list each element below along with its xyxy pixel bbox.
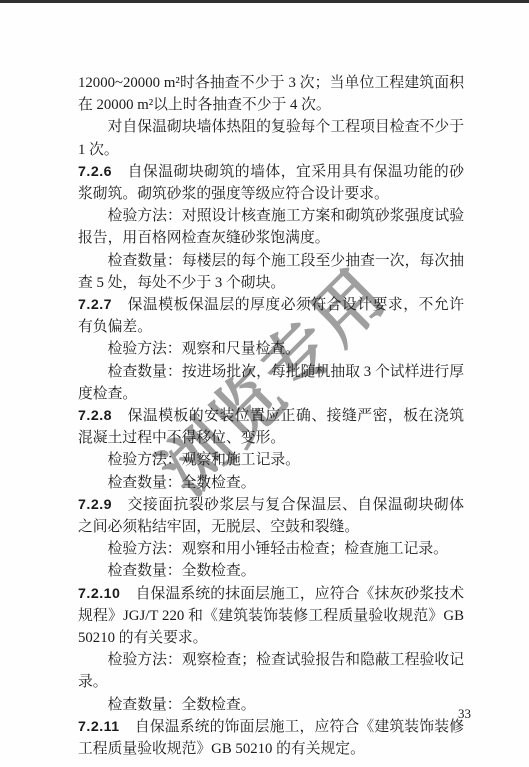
- quantity-paragraph: 检查数量：全数检查。: [78, 560, 464, 582]
- clause-text: 自保温系统的饰面层施工，应符合《建筑装饰装修工程质量验收规范》GB 50210 …: [78, 719, 464, 757]
- quantity-paragraph: 检查数量：全数检查。: [78, 694, 464, 716]
- clause-7-2-11: 7.2.11自保温系统的饰面层施工，应符合《建筑装饰装修工程质量验收规范》GB …: [78, 716, 464, 760]
- method-paragraph: 检验方法：观察检查；检查试验报告和隐蔽工程验收记录。: [78, 649, 464, 693]
- clause-7-2-9: 7.2.9交接面抗裂砂浆层与复合保温层、自保温砌块砌体之间必须粘结牢固，无脱层、…: [78, 494, 464, 538]
- clause-7-2-10: 7.2.10自保温系统的抹面层施工，应符合《抹灰砂浆技术规程》JGJ/T 220…: [78, 583, 464, 650]
- clause-7-2-7: 7.2.7保温模板保温层的厚度必须符合设计要求，不允许有负偏差。: [78, 294, 464, 338]
- clause-7-2-8: 7.2.8保温模板的安装位置应正确、接缝严密，板在浇筑混凝土过程中不得移位、变形…: [78, 405, 464, 449]
- paragraph: 对自保温砌块墙体热阻的复验每个工程项目检查不少于 1 次。: [78, 116, 464, 160]
- clause-number: 7.2.6: [78, 164, 112, 180]
- clause-number: 7.2.9: [78, 497, 112, 513]
- clause-number: 7.2.7: [78, 297, 112, 313]
- scan-top-edge: [0, 0, 529, 3]
- quantity-paragraph: 检查数量：全数检查。: [78, 472, 464, 494]
- paragraph: 12000~20000 m²时各抽查不少于 3 次；当单位工程建筑面积在 200…: [78, 72, 464, 116]
- clause-number: 7.2.8: [78, 408, 112, 424]
- method-paragraph: 检验方法：对照设计核查施工方案和砌筑砂浆强度试验报告，用百格网检查灰缝砂浆饱满度…: [78, 205, 464, 249]
- quantity-paragraph: 检查数量：按进场批次，每批随机抽取 3 个试样进行厚度检查。: [78, 361, 464, 405]
- text-block: 12000~20000 m²时各抽查不少于 3 次；当单位工程建筑面积在 200…: [78, 72, 464, 760]
- clause-text: 自保温砌块砌筑的墙体，宜采用具有保温功能的砂浆砌筑。砌筑砂浆的强度等级应符合设计…: [78, 164, 464, 202]
- clause-text: 保温模板保温层的厚度必须符合设计要求，不允许有负偏差。: [78, 297, 464, 335]
- method-paragraph: 检验方法：观察和用小锤轻击检查；检查施工记录。: [78, 538, 464, 560]
- quantity-paragraph: 检查数量：每楼层的每个施工段至少抽查一次，每次抽查 5 处，每处不少于 3 个砌…: [78, 250, 464, 294]
- method-paragraph: 检验方法：观察和施工记录。: [78, 449, 464, 471]
- clause-number: 7.2.11: [78, 719, 120, 735]
- clause-text: 交接面抗裂砂浆层与复合保温层、自保温砌块砌体之间必须粘结牢固，无脱层、空鼓和裂缝…: [78, 497, 464, 535]
- clause-number: 7.2.10: [78, 586, 120, 602]
- method-paragraph: 检验方法：观察和尺量检查。: [78, 338, 464, 360]
- document-page: 浏览专用 12000~20000 m²时各抽查不少于 3 次；当单位工程建筑面积…: [0, 0, 529, 767]
- clause-text: 自保温系统的抹面层施工，应符合《抹灰砂浆技术规程》JGJ/T 220 和《建筑装…: [78, 586, 464, 646]
- page-number: 33: [458, 706, 471, 722]
- clause-text: 保温模板的安装位置应正确、接缝严密，板在浇筑混凝土过程中不得移位、变形。: [78, 408, 464, 446]
- clause-7-2-6: 7.2.6自保温砌块砌筑的墙体，宜采用具有保温功能的砂浆砌筑。砌筑砂浆的强度等级…: [78, 161, 464, 205]
